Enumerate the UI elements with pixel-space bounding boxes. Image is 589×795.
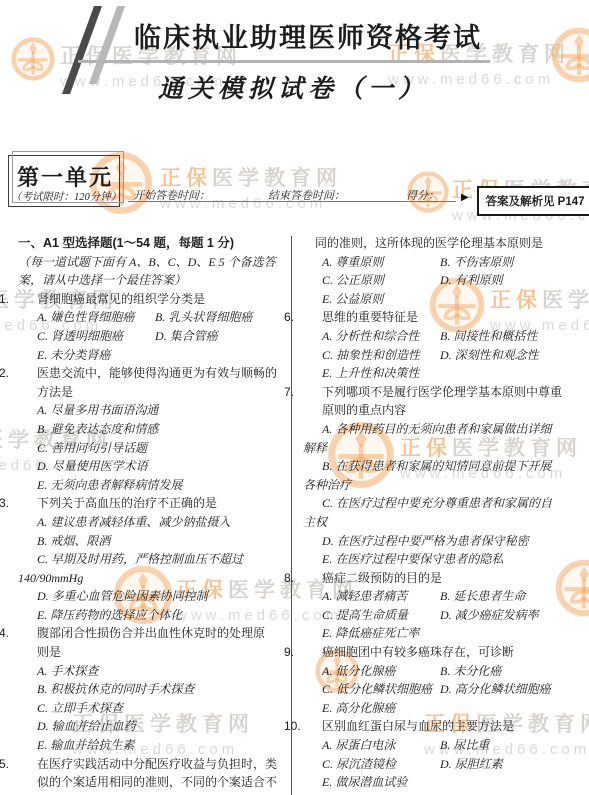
question-number: 9.: [303, 643, 322, 662]
option-row: A. 嫌色性肾细胞癌B. 乳头状肾细胞癌: [18, 308, 286, 327]
question-9: 9.癌细胞团中有较多癌珠存在，可诊断A. 低分化腺癌B. 未分化癌C. 低分化鳞…: [303, 643, 581, 717]
option-row: E. 上升性和决策性: [303, 364, 581, 383]
option-row: C. 尿沉渣镜检D. 尿胆红素: [303, 755, 581, 774]
option-row: C. 公正原则D. 有利原则: [303, 271, 581, 290]
option-item: A. 尽量多用书面语沟通: [18, 401, 286, 420]
option-item: C. 立即手术探查: [18, 699, 286, 718]
question-5: 同的准则，这所体现的医学伦理基本原则是A. 尊重原则B. 不伤害原则C. 公正原…: [303, 234, 581, 308]
option-row: C. 低分化鳞状细胞癌D. 高分化鳞状细胞癌: [303, 680, 581, 699]
option-item: E. 高分化腺癌: [322, 699, 440, 718]
answer-reference-box: 答案及解析见 P147: [477, 186, 589, 216]
option-item: D. 有利原则: [440, 271, 503, 290]
option-item: D. 在医疗过程中要严格为患者保守秘密: [303, 532, 581, 551]
score-label: 得分：: [406, 187, 439, 203]
option-item: E. 做尿潜血试验: [322, 773, 440, 792]
exam-title: 临床执业助理医师资格考试: [134, 16, 482, 55]
option-item: E. 公益原则: [322, 290, 440, 309]
option-item: C. 在医疗过程中要充分尊重患者和家属的自 主权: [303, 494, 581, 531]
option-item: A. 建议患者减轻体重、减少钠盐摄入: [18, 513, 286, 532]
question-8: 8.癌症二级预防的目的是A. 减轻患者痛苦B. 延长患者生命C. 提高生命质量D…: [303, 569, 581, 643]
option-row: A. 分析性和综合性B. 间接性和概括性: [303, 327, 581, 346]
option-row: A. 低分化腺癌B. 未分化癌: [303, 662, 581, 681]
option-item: D. 深刻性和观念性: [440, 346, 539, 365]
unit-box: 第一单元 （考试限时：120分钟）: [8, 155, 120, 207]
option-row: E. 公益原则: [303, 290, 581, 309]
option-item: E. 未分类肾癌: [37, 346, 155, 365]
option-item: A. 分析性和综合性: [322, 327, 440, 346]
option-row: A. 尿蛋白电泳B. 尿比重: [303, 736, 581, 755]
option-item: D. 尽量使用医学术语: [18, 457, 286, 476]
option-item: E. 上升性和决策性: [322, 364, 440, 383]
question-4: 4.腹部闭合性损伤合并出血性休克时的处理原 则是A. 手术探查B. 积极抗休克的…: [18, 624, 286, 754]
question-10: 10.区别血红蛋白尿与血尿的主要方法是A. 尿蛋白电泳B. 尿比重C. 尿沉渣镜…: [303, 717, 581, 791]
question-number: 1.: [18, 290, 37, 309]
option-item: C. 尿沉渣镜检: [322, 755, 440, 774]
option-item: D. 尿胆红素: [440, 755, 503, 774]
option-item: C. 抽象性和创造性: [322, 346, 440, 365]
question-stem: 4.腹部闭合性损伤合并出血性休克时的处理原 则是: [18, 624, 286, 661]
question-stem: 5.在医疗实践活动中分配医疗收益与负担时，类 似的个案适用相同的准则，不同的个案…: [18, 755, 286, 792]
option-item: A. 尊重原则: [322, 253, 440, 272]
option-item: D. 集合管癌: [155, 327, 218, 346]
question-stem-continuation: 同的准则，这所体现的医学伦理基本原则是: [303, 234, 581, 253]
option-item: A. 手术探查: [18, 662, 286, 681]
option-item: B. 在获得患者和家属的知情同意前提下开展 各种治疗: [303, 457, 581, 494]
option-row: C. 肾透明细胞癌D. 集合管癌: [18, 327, 286, 346]
option-item: C. 善用问句引导话题: [18, 439, 286, 458]
option-item: C. 早期及时用药，严格控制血压不超过 140/90mmHg: [18, 550, 286, 587]
question-3: 3.下列关于高血压的治疗不正确的是A. 建议患者减轻体重、减少钠盐摄入B. 戒烟…: [18, 494, 286, 624]
option-item: D. 高分化鳞状细胞癌: [440, 680, 551, 699]
option-item: A. 各种用药目的无须向患者和家属做出详细 解释: [303, 420, 581, 457]
option-item: B. 延长患者生命: [440, 587, 525, 606]
option-row: E. 高分化腺癌: [303, 699, 581, 718]
option-item: E. 在医疗过程中要保守患者的隐私: [303, 550, 581, 569]
question-1: 1.肾细胞癌最常见的组织学分类是A. 嫌色性肾细胞癌B. 乳头状肾细胞癌C. 肾…: [18, 290, 286, 364]
page-content: 临床执业助理医师资格考试 通关模拟试卷（一） 第一单元 （考试限时：120分钟）…: [0, 0, 589, 795]
question-stem: 1.肾细胞癌最常见的组织学分类是: [18, 290, 286, 309]
option-item: D. 多重心血管危险因素协同控制: [18, 587, 286, 606]
question-7: 7.下列哪项不是履行医学伦理学基本原则中尊重 原则的重点内容A. 各种用药目的无…: [303, 383, 581, 569]
option-item: C. 肾透明细胞癌: [37, 327, 155, 346]
option-item: A. 尿蛋白电泳: [322, 736, 440, 755]
option-item: B. 间接性和概括性: [440, 327, 537, 346]
question-stem: 7.下列哪项不是履行医学伦理学基本原则中尊重 原则的重点内容: [303, 383, 581, 420]
start-time-label: 开始答卷时间：: [133, 187, 210, 203]
exam-subtitle: 通关模拟试卷（一）: [158, 69, 428, 105]
option-item: B. 未分化癌: [440, 662, 501, 681]
option-item: D. 减少癌症发病率: [440, 606, 539, 625]
question-stem: 6.思维的重要特征是: [303, 308, 581, 327]
question-number: 2.: [18, 364, 37, 383]
option-item: A. 嫌色性肾细胞癌: [37, 308, 155, 327]
title-divider: [78, 60, 490, 63]
option-item: D. 输血并给止血药: [18, 717, 286, 736]
unit-title: 第一单元: [17, 161, 119, 192]
question-column-left: 一、A1 型选择题(1～54 题，每题 1 分)（每一道试题下面有 A、B、C、…: [18, 234, 286, 792]
question-6: 6.思维的重要特征是A. 分析性和综合性B. 间接性和概括性C. 抽象性和创造性…: [303, 308, 581, 382]
end-time-label: 结束答卷时间：: [268, 187, 345, 203]
option-row: E. 降低癌症死亡率: [303, 624, 581, 643]
question-5: 5.在医疗实践活动中分配医疗收益与负担时，类 似的个案适用相同的准则，不同的个案…: [18, 755, 286, 792]
question-number: 5.: [18, 755, 37, 774]
option-item: C. 公正原则: [322, 271, 440, 290]
option-item: C. 提高生命质量: [322, 606, 440, 625]
question-number: 8.: [303, 569, 322, 588]
question-stem: 10.区别血红蛋白尿与血尿的主要方法是: [303, 717, 581, 736]
option-item: E. 降压药物的选择应个体化: [18, 606, 286, 625]
option-item: B. 戒烟、限酒: [18, 532, 286, 551]
question-stem: 8.癌症二级预防的目的是: [303, 569, 581, 588]
option-item: E. 输血并给抗生素: [18, 736, 286, 755]
question-stem: 2.医患交流中，能够使得沟通更为有效与顺畅的 方法是: [18, 364, 286, 401]
question-column-right: 同的准则，这所体现的医学伦理基本原则是A. 尊重原则B. 不伤害原则C. 公正原…: [303, 234, 581, 792]
option-item: C. 低分化鳞状细胞癌: [322, 680, 440, 699]
question-stem: 3.下列关于高血压的治疗不正确的是: [18, 494, 286, 513]
question-number: 6.: [303, 308, 322, 327]
option-item: B. 尿比重: [440, 736, 489, 755]
option-item: B. 乳头状肾细胞癌: [155, 308, 252, 327]
option-item: B. 避免表达态度和情感: [18, 420, 286, 439]
option-item: A. 低分化腺癌: [322, 662, 440, 681]
option-row: E. 未分类肾癌: [18, 346, 286, 365]
question-stem: 9.癌细胞团中有较多癌珠存在，可诊断: [303, 643, 581, 662]
section-note: （每一道试题下面有 A、B、C、D、E 5 个备选答 案，请从中选择一个最佳答案…: [18, 253, 286, 290]
unit-time-limit: （考试限时：120分钟）: [11, 189, 121, 204]
option-item: E. 无须向患者解释病情发展: [18, 476, 286, 495]
question-number: 10.: [303, 717, 322, 736]
question-number: 4.: [18, 624, 37, 643]
question-number: 7.: [303, 383, 322, 402]
option-row: C. 提高生命质量D. 减少癌症发病率: [303, 606, 581, 625]
question-2: 2.医患交流中，能够使得沟通更为有效与顺畅的 方法是A. 尽量多用书面语沟通B.…: [18, 364, 286, 494]
section-heading: 一、A1 型选择题(1～54 题，每题 1 分): [18, 234, 286, 253]
option-item: A. 减轻患者痛苦: [322, 587, 440, 606]
exam-page: 正保医学教育网www.med66.com正保医学教育网www.med66.com…: [0, 0, 589, 795]
option-row: C. 抽象性和创造性D. 深刻性和观念性: [303, 346, 581, 365]
option-row: E. 做尿潜血试验: [303, 773, 581, 792]
question-number: 3.: [18, 494, 37, 513]
option-row: A. 减轻患者痛苦B. 延长患者生命: [303, 587, 581, 606]
arrow-right-icon: ▶: [461, 192, 469, 203]
option-item: E. 降低癌症死亡率: [322, 624, 440, 643]
option-item: B. 不伤害原则: [440, 253, 513, 272]
option-row: A. 尊重原则B. 不伤害原则: [303, 253, 581, 272]
option-item: B. 积极抗休克的同时手术探查: [18, 680, 286, 699]
